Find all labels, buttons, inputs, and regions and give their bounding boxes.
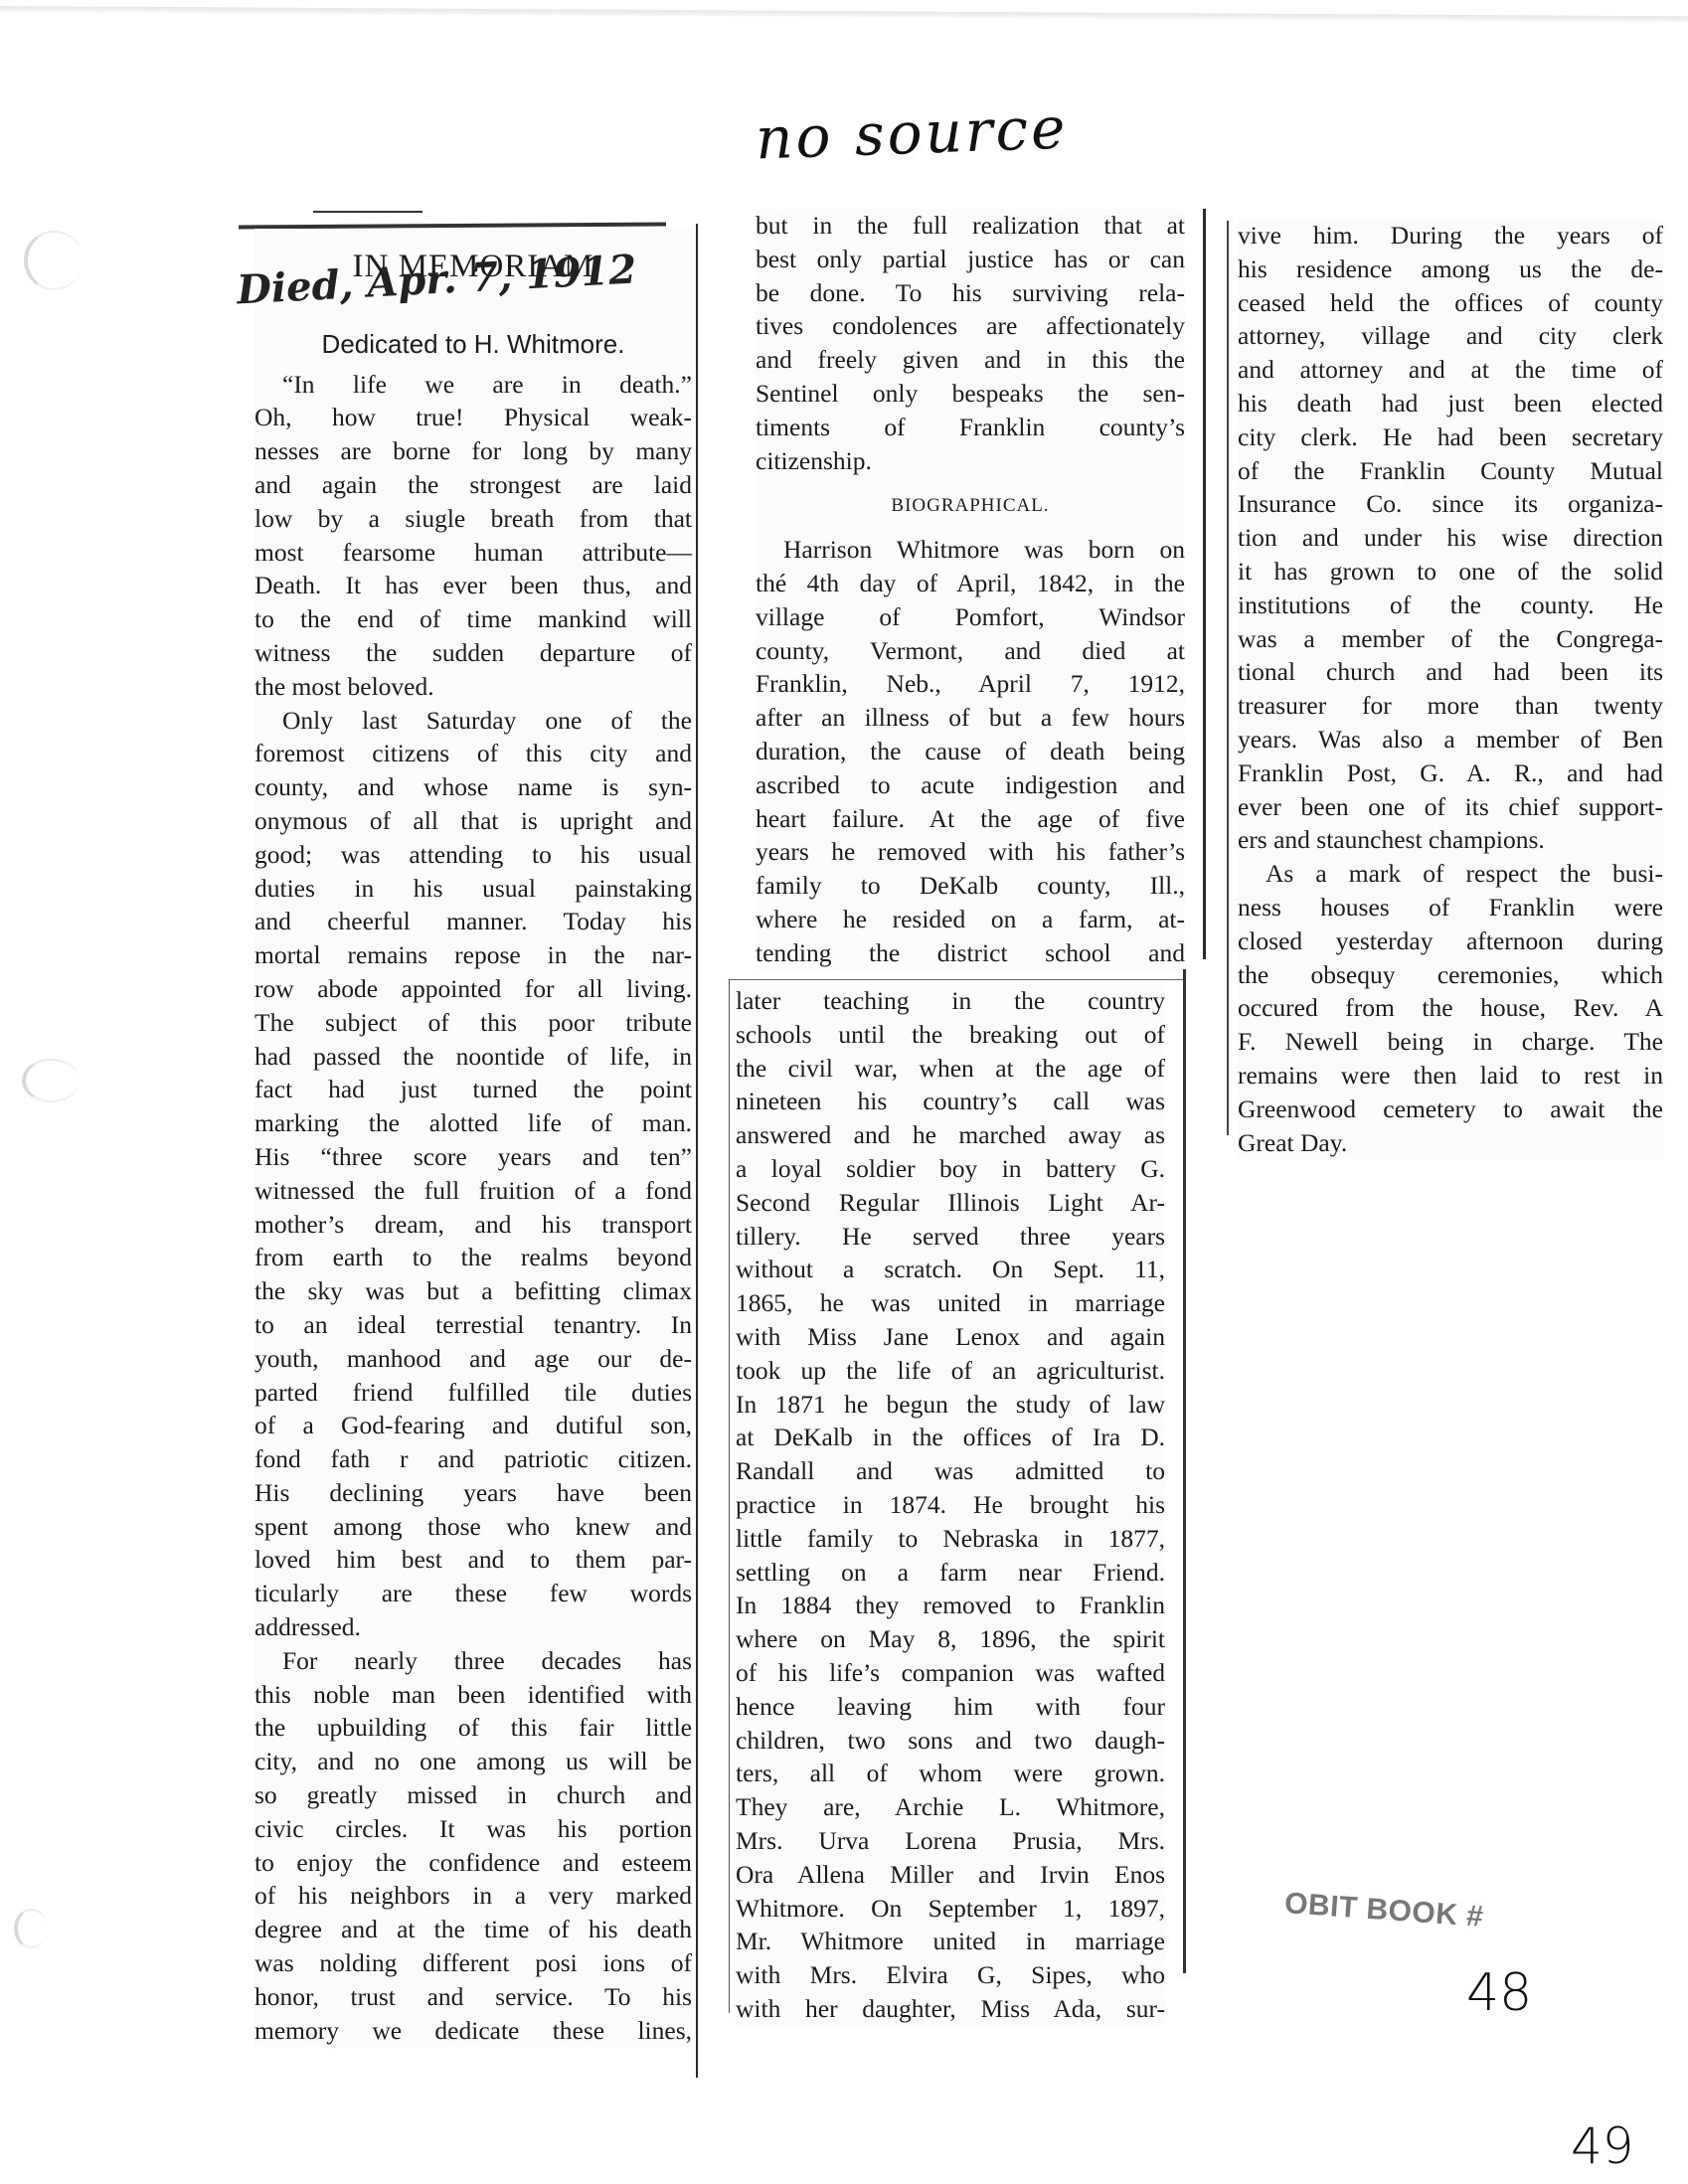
text-line: “In life we are in death.”	[254, 368, 692, 402]
text-line: at DeKalb in the offices of Ira D.	[736, 1421, 1165, 1454]
text-line: be done. To his surviving rela-	[756, 276, 1185, 310]
text-line: hence leaving him with four	[736, 1690, 1165, 1724]
text-line: spent among those who knew and	[254, 1510, 692, 1544]
text-line: fond fath r and patriotic citizen.	[254, 1442, 692, 1476]
text-line: and attorney and at the time of	[1238, 353, 1663, 387]
text-line: duration, the cause of death being	[756, 735, 1185, 768]
column-rule	[1203, 209, 1206, 959]
column-1-text: “In life we are in death.”Oh, how true! …	[254, 368, 692, 2048]
text-line: 1865, he was united in marriage	[736, 1286, 1165, 1320]
text-line: tives condolences are affectionately	[756, 309, 1185, 343]
text-line: loved him best and to them par-	[254, 1543, 692, 1577]
text-line: duties in his usual painstaking	[254, 872, 692, 906]
text-line: citizenship.	[756, 444, 1185, 478]
text-line: His “three score years and ten”	[254, 1140, 692, 1174]
clipping-edge-left	[729, 979, 730, 2013]
text-line: years. Was also a member of Ben	[1238, 723, 1663, 756]
text-line: was nolding different posi ions of	[254, 1946, 692, 1980]
text-line: attorney, village and city clerk	[1238, 319, 1663, 353]
text-line: Randall and was admitted to	[736, 1454, 1165, 1488]
text-line: to the end of time mankind will	[254, 602, 692, 636]
text-line: Greenwood cemetery to await the	[1238, 1092, 1663, 1126]
text-line: row abode appointed for all living.	[254, 972, 692, 1006]
text-line: fact had just turned the point	[254, 1073, 692, 1106]
text-line: ever been one of its chief support-	[1238, 790, 1663, 824]
text-line: of the Franklin County Mutual	[1238, 454, 1663, 488]
text-line: Franklin, Neb., April 7, 1912,	[756, 667, 1185, 701]
text-line: ness houses of Franklin were	[1238, 891, 1663, 924]
text-line: Great Day.	[1238, 1126, 1663, 1160]
text-line: degree and at the time of his death	[254, 1913, 692, 1946]
text-line: institutions of the county. He	[1238, 588, 1663, 622]
text-line: city, and no one among us will be	[254, 1745, 692, 1778]
section-heading-biographical: BIOGRAPHICAL.	[756, 489, 1185, 523]
text-line: good; was attending to his usual	[254, 838, 692, 872]
column-rule	[1227, 221, 1229, 1135]
text-line: answered and he marched away as	[736, 1118, 1165, 1152]
punch-hole-middle	[22, 1059, 80, 1102]
punch-hole-top	[24, 231, 84, 290]
text-line: schools until the breaking out of	[736, 1018, 1165, 1052]
text-line: practice in 1874. He brought his	[736, 1488, 1165, 1522]
text-line: marking the alotted life of man.	[254, 1106, 692, 1140]
text-line: nineteen his country’s call was	[736, 1085, 1165, 1118]
text-line: witness the sudden departure of	[254, 636, 692, 670]
text-line: best only partial justice has or can	[756, 243, 1185, 276]
text-line: to an ideal terrestial tenantry. In	[254, 1308, 692, 1342]
text-line: vive him. During the years of	[1238, 219, 1663, 252]
text-line: honor, trust and service. To his	[254, 1980, 692, 2014]
text-line: had passed the noontide of life, in	[254, 1040, 692, 1074]
text-line: F. Newell being in charge. The	[1238, 1025, 1663, 1059]
text-line: remains were then laid to rest in	[1238, 1059, 1663, 1092]
text-line: of a God-fearing and dutiful son,	[254, 1409, 692, 1442]
text-line: ticularly are these few words	[254, 1577, 692, 1610]
text-line: Ora Allena Miller and Irvin Enos	[736, 1858, 1165, 1892]
text-line: The subject of this poor tribute	[254, 1006, 692, 1040]
article-column-2-lower: later teaching in the countryschools unt…	[736, 984, 1165, 2026]
text-line: tending the district school and	[756, 936, 1185, 970]
column-rule	[1183, 969, 1186, 1973]
text-line: mother’s dream, and his transport	[254, 1208, 692, 1242]
text-line: ers and staunchest champions.	[1238, 823, 1663, 857]
column-2-intro-text: but in the full realization that atbest …	[756, 209, 1185, 477]
text-line: but in the full realization that at	[756, 209, 1185, 243]
text-line: ceased held the offices of county	[1238, 286, 1663, 320]
text-line: family to DeKalb county, Ill.,	[756, 869, 1185, 903]
text-line: onymous of all that is upright and	[254, 804, 692, 838]
text-line: the upbuilding of this fair little	[254, 1711, 692, 1745]
text-line: of his neighbors in a very marked	[254, 1879, 692, 1913]
text-line: after an illness of but a few hours	[756, 701, 1185, 735]
text-line: without a scratch. On Sept. 11,	[736, 1253, 1165, 1286]
text-line: Mr. Whitmore united in marriage	[736, 1925, 1165, 1958]
text-line: In 1884 they removed to Franklin	[736, 1589, 1165, 1622]
handwritten-book-number: 48	[1466, 1963, 1532, 2023]
column-3-text: vive him. During the years ofhis residen…	[1238, 219, 1663, 1159]
text-line: most fearsome human attribute—	[254, 536, 692, 570]
text-line: They are, Archie L. Whitmore,	[736, 1790, 1165, 1824]
clipping-edge-top	[313, 211, 422, 213]
text-line: ters, all of whom were grown.	[736, 1757, 1165, 1790]
article-column-1: IN MEMORIAM Dedicated to H. Whitmore. “I…	[254, 229, 692, 2047]
text-line: and cheerful manner. Today his	[254, 905, 692, 938]
text-line: from earth to the realms beyond	[254, 1241, 692, 1274]
text-line: heart failure. At the age of five	[756, 802, 1185, 836]
text-line: Sentinel only bespeaks the sen-	[756, 377, 1185, 411]
text-line: His declining years have been	[254, 1476, 692, 1510]
text-line: In 1871 he begun the study of law	[736, 1388, 1165, 1422]
text-line: nesses are borne for long by many	[254, 434, 692, 468]
text-line: timents of Franklin county’s	[756, 411, 1185, 444]
text-line: Insurance Co. since its organiza-	[1238, 487, 1663, 521]
text-line: years he removed with his father’s	[756, 835, 1185, 869]
text-line: of his life’s companion was wafted	[736, 1656, 1165, 1690]
text-line: where he resided on a farm, at-	[756, 903, 1185, 936]
text-line: closed yesterday afternoon during	[1238, 924, 1663, 958]
text-line: a loyal soldier boy in battery G.	[736, 1152, 1165, 1186]
text-line: and freely given and in this the	[756, 343, 1185, 377]
subheadline: Dedicated to H. Whitmore.	[254, 328, 692, 362]
text-line: children, two sons and two daugh-	[736, 1724, 1165, 1758]
text-line: county, Vermont, and died at	[756, 634, 1185, 668]
text-line: so greatly missed in church and	[254, 1778, 692, 1812]
text-line: city clerk. He had been secretary	[1238, 420, 1663, 454]
text-line: Second Regular Illinois Light Ar-	[736, 1186, 1165, 1220]
text-line: with Mrs. Elvira G, Sipes, who	[736, 1958, 1165, 1992]
text-line: As a mark of respect the busi-	[1238, 857, 1663, 891]
text-line: treasurer for more than twenty	[1238, 689, 1663, 723]
text-line: low by a siugle breath from that	[254, 502, 692, 536]
column-rule	[696, 224, 698, 2078]
text-line: witnessed the full fruition of a fond	[254, 1174, 692, 1208]
text-line: Franklin Post, G. A. R., and had	[1238, 756, 1663, 790]
obit-book-stamp: OBIT BOOK #	[1283, 1887, 1484, 1934]
text-line: to enjoy the confidence and esteem	[254, 1846, 692, 1880]
text-line: settling on a farm near Friend.	[736, 1556, 1165, 1590]
text-line: this noble man been identified with	[254, 1678, 692, 1712]
text-line: little family to Nebraska in 1877,	[736, 1522, 1165, 1556]
text-line: foremost citizens of this city and	[254, 737, 692, 770]
text-line: tillery. He served three years	[736, 1220, 1165, 1254]
text-line: the most beloved.	[254, 670, 692, 704]
text-line: Harrison Whitmore was born on	[756, 533, 1185, 567]
text-line: thé 4th day of April, 1842, in the	[756, 567, 1185, 600]
column-2-lower-text: later teaching in the countryschools unt…	[736, 984, 1165, 2026]
text-line: his death had just been elected	[1238, 387, 1663, 420]
text-line: Mrs. Urva Lorena Prusia, Mrs.	[736, 1824, 1165, 1858]
page-top-edge	[0, 6, 1688, 22]
text-line: memory we dedicate these lines,	[254, 2014, 692, 2048]
text-line: Death. It has ever been thus, and	[254, 569, 692, 602]
text-line: Oh, how true! Physical weak-	[254, 401, 692, 434]
text-line: his residence among us the de-	[1238, 252, 1663, 286]
text-line: addressed.	[254, 1610, 692, 1644]
text-line: occured from the house, Rev. A	[1238, 991, 1663, 1025]
text-line: took up the life of an agriculturist.	[736, 1354, 1165, 1388]
text-line: with her daughter, Miss Ada, sur-	[736, 1992, 1165, 2026]
text-line: where on May 8, 1896, the spirit	[736, 1622, 1165, 1656]
text-line: youth, manhood and age our de-	[254, 1342, 692, 1376]
punch-hole-bottom	[14, 1909, 48, 1948]
text-line: the civil war, when at the age of	[736, 1052, 1165, 1086]
article-column-3: vive him. During the years ofhis residen…	[1238, 219, 1663, 1159]
article-column-2-top: but in the full realization that atbest …	[756, 209, 1185, 970]
text-line: Only last Saturday one of the	[254, 704, 692, 738]
text-line: civic circles. It was his portion	[254, 1812, 692, 1846]
text-line: parted friend fulfilled tile duties	[254, 1376, 692, 1410]
text-line: county, and whose name is syn-	[254, 770, 692, 804]
text-line: ascribed to acute indigestion and	[756, 768, 1185, 802]
text-line: For nearly three decades has	[254, 1644, 692, 1678]
text-line: tion and under his wise direction	[1238, 521, 1663, 555]
text-line: Whitmore. On September 1, 1897,	[736, 1892, 1165, 1926]
text-line: village of Pomfort, Windsor	[756, 600, 1185, 634]
text-line: later teaching in the country	[736, 984, 1165, 1018]
text-line: the sky was but a befitting climax	[254, 1274, 692, 1308]
text-line: tional church and had been its	[1238, 655, 1663, 689]
text-line: and again the strongest are laid	[254, 468, 692, 502]
clipping-edge	[729, 979, 1186, 980]
column-2-biography-text: Harrison Whitmore was born onthé 4th day…	[756, 533, 1185, 969]
text-line: with Miss Jane Lenox and again	[736, 1320, 1165, 1354]
text-line: mortal remains repose in the nar-	[254, 938, 692, 972]
handwritten-page-number: 49	[1571, 2117, 1634, 2175]
text-line: it has grown to one of the solid	[1238, 555, 1663, 588]
handwritten-source-note: no source	[755, 94, 1069, 173]
text-line: the obsequy ceremonies, which	[1238, 958, 1663, 992]
text-line: was a member of the Congrega-	[1238, 622, 1663, 656]
